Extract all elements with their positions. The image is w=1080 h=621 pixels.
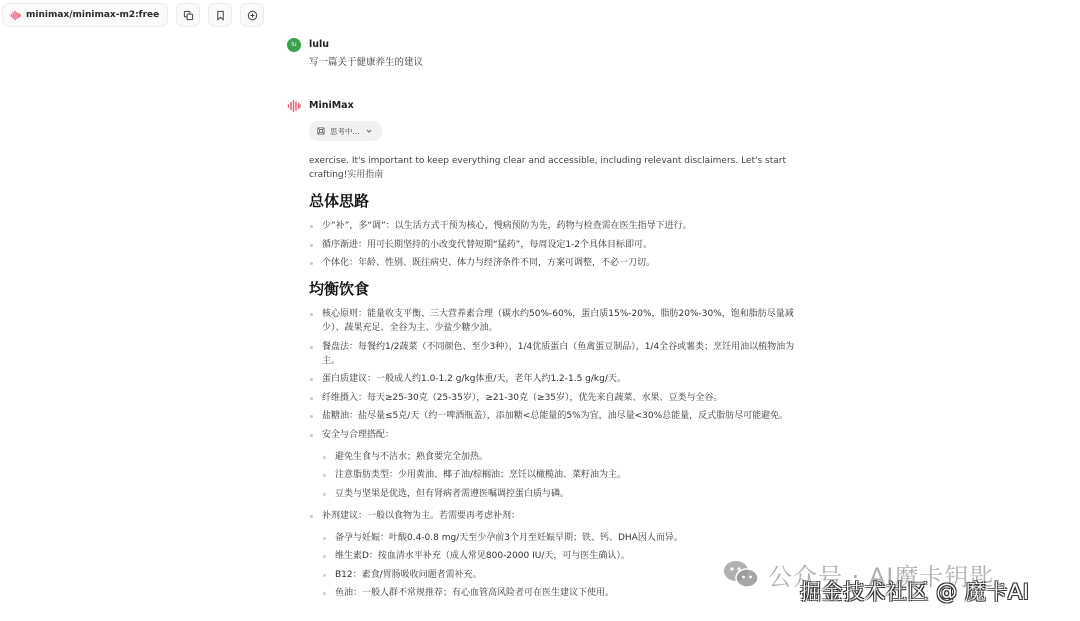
- list-item: 纤维摄入：每天≥25-30克（25-35岁），≥21-30克（≥35岁），优先来…: [309, 391, 804, 405]
- add-circle-icon: [247, 10, 258, 21]
- model-selector[interactable]: minimax/minimax-m2:free: [2, 3, 168, 27]
- list-item-safety: 安全与合理搭配： 避免生食与不洁水；熟食要完全加热。 注意脂肪类型：少用黄油、椰…: [309, 428, 804, 501]
- sublist-item: 避免生食与不洁水；熟食要完全加热。: [322, 450, 804, 464]
- user-message: lu lulu 写一篇关于健康养生的建议: [287, 37, 423, 68]
- chevron-down-icon: [365, 127, 373, 135]
- section-title-diet: 均衡饮食: [309, 279, 804, 299]
- copy-button[interactable]: [176, 3, 200, 27]
- chat-page: minimax/minimax-m2:free lu: [0, 0, 1080, 621]
- assistant-name: MiniMax: [309, 100, 354, 111]
- safety-label: 安全与合理搭配：: [322, 430, 394, 440]
- user-avatar: lu: [287, 38, 301, 52]
- list-item: 个体化：年龄、性别、既往病史、体力与经济条件不同，方案可调整，不必一刀切。: [309, 256, 804, 270]
- bookmark-icon: [215, 10, 226, 21]
- user-message-text: 写一篇关于健康养生的建议: [309, 54, 423, 68]
- list-item: 少“补”，多“调”：以生活方式干预为核心，慢病预防为先，药物与检查需在医生指导下…: [309, 219, 804, 233]
- copy-icon: [183, 10, 194, 21]
- list-item: 核心原则：能量收支平衡、三大营养素合理（碳水约50%-60%，蛋白质15%-20…: [309, 307, 804, 335]
- answer-intro: exercise. It's important to keep everyth…: [309, 154, 804, 182]
- assistant-answer: exercise. It's important to keep everyth…: [309, 154, 804, 608]
- minimax-avatar-icon: [287, 99, 301, 113]
- thinking-icon: [317, 127, 325, 135]
- new-chat-button[interactable]: [240, 3, 264, 27]
- safety-sublist: 避免生食与不洁水；熟食要完全加热。 注意脂肪类型：少用黄油、椰子油/棕榈油；烹饪…: [322, 450, 804, 501]
- sublist-item: 备孕与妊娠：叶酸0.4-0.8 mg/天至少孕前3个月至妊娠早期；铁、钙、DHA…: [322, 531, 804, 545]
- model-name: minimax/minimax-m2:free: [26, 10, 159, 20]
- sublist-item: 豆类与坚果是优选，但有肾病者需遵医嘱调控蛋白质与磷。: [322, 487, 804, 501]
- user-name: lulu: [309, 39, 329, 50]
- list-item: 蛋白质建议：一般成人约1.0-1.2 g/kg体重/天，老年人约1.2-1.5 …: [309, 372, 804, 386]
- wechat-icon: [722, 559, 760, 591]
- list-item: 餐盘法：每餐约1/2蔬菜（不同颜色、至少3种），1/4优质蛋白（鱼禽蛋豆制品），…: [309, 340, 804, 368]
- section-title-overall: 总体思路: [309, 191, 804, 211]
- sublist-item: 注意脂肪类型：少用黄油、椰子油/棕榈油；烹饪以橄榄油、菜籽油为主。: [322, 468, 804, 482]
- thinking-label: 思考中...: [330, 126, 360, 137]
- assistant-message: MiniMax 思考中...: [287, 98, 382, 141]
- thinking-toggle[interactable]: 思考中...: [309, 121, 382, 141]
- bookmark-button[interactable]: [208, 3, 232, 27]
- minimax-logo-icon: [10, 10, 21, 21]
- top-toolbar: minimax/minimax-m2:free: [2, 3, 264, 27]
- watermark-juejin: 掘金技术社区 @ 魔卡AI: [800, 576, 1029, 606]
- overall-list: 少“补”，多“调”：以生活方式干预为核心，慢病预防为先，药物与检查需在医生指导下…: [309, 219, 804, 270]
- supplements-label: 补剂建议：一般以食物为主。若需要再考虑补剂：: [322, 511, 520, 521]
- list-item: 盐糖油：盐尽量≤5克/天（约一啤酒瓶盖），添加糖<总能量的5%为宜，油尽量<30…: [309, 409, 804, 423]
- list-item: 循序渐进：用可长期坚持的小改变代替短期“猛药”，每周设定1-2个具体目标即可。: [309, 238, 804, 252]
